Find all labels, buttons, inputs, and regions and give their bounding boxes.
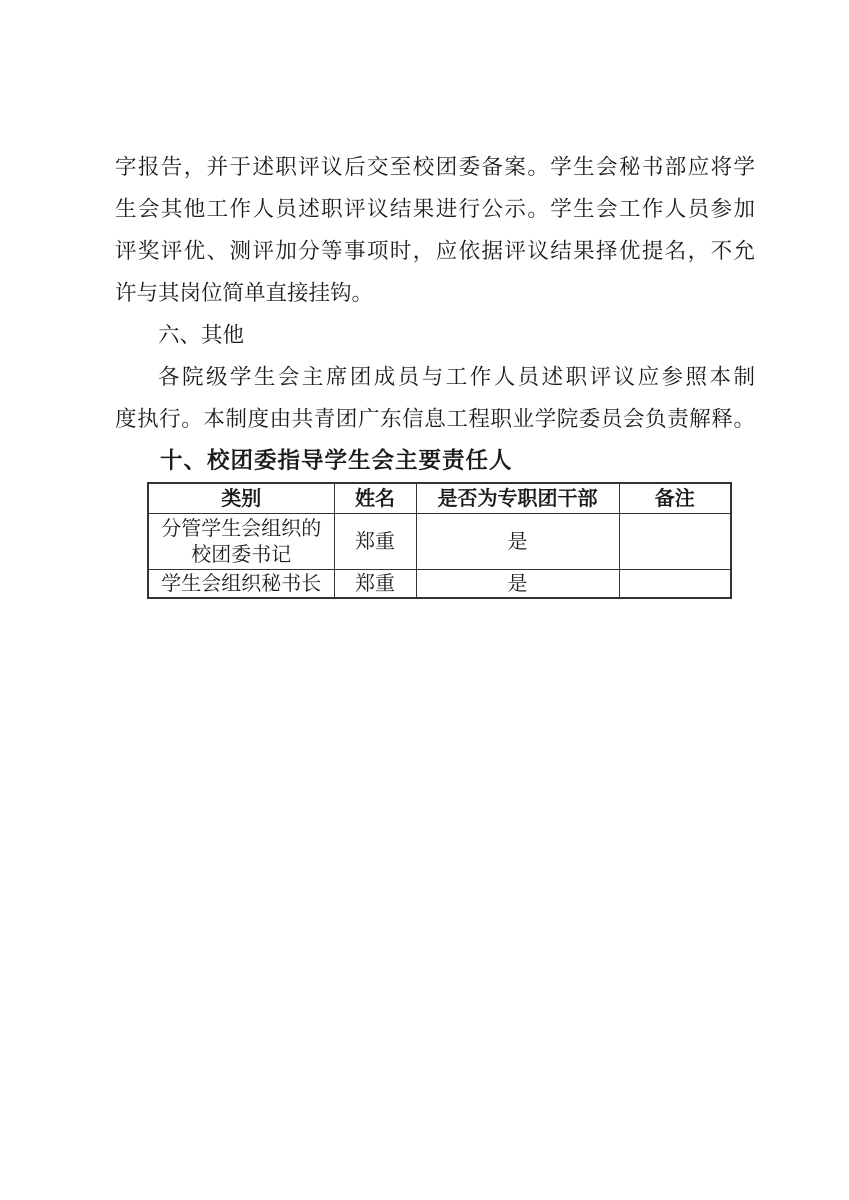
responsibility-table: 类别 姓名 是否为专职团干部 备注 分管学生会组织的校团委书记 郑重 是 学生会… — [147, 482, 732, 599]
cell-remark — [619, 570, 731, 599]
body-text-line: 字报告，并于述职评议后交至校团委备案。学生会秘书部应将学 — [115, 146, 755, 188]
cell-category: 学生会组织秘书长 — [148, 570, 334, 599]
table-row: 学生会组织秘书长 郑重 是 — [148, 570, 731, 599]
section-heading-six: 六、其他 — [115, 314, 755, 356]
cell-fulltime-cadre: 是 — [416, 514, 619, 570]
table-header-remark: 备注 — [619, 483, 731, 514]
table-header-fulltime-cadre: 是否为专职团干部 — [416, 483, 619, 514]
cell-name: 郑重 — [334, 514, 416, 570]
cell-remark — [619, 514, 731, 570]
body-text-line: 度执行。本制度由共青团广东信息工程职业学院委员会负责解释。 — [115, 398, 755, 440]
table-header-name: 姓名 — [334, 483, 416, 514]
body-text-line: 各院级学生会主席团成员与工作人员述职评议应参照本制 — [115, 356, 755, 398]
document-page: 字报告，并于述职评议后交至校团委备案。学生会秘书部应将学 生会其他工作人员述职评… — [0, 0, 849, 1200]
table-header-row: 类别 姓名 是否为专职团干部 备注 — [148, 483, 731, 514]
cell-name: 郑重 — [334, 570, 416, 599]
body-text-line: 评奖评优、测评加分等事项时，应依据评议结果择优提名，不允 — [115, 230, 755, 272]
table-header-category: 类别 — [148, 483, 334, 514]
body-text-line: 许与其岗位简单直接挂钩。 — [115, 272, 755, 314]
cell-fulltime-cadre: 是 — [416, 570, 619, 599]
cell-category: 分管学生会组织的校团委书记 — [148, 514, 334, 570]
section-heading-ten: 十、校团委指导学生会主要责任人 — [115, 440, 755, 482]
body-text-line: 生会其他工作人员述职评议结果进行公示。学生会工作人员参加 — [115, 188, 755, 230]
table-row: 分管学生会组织的校团委书记 郑重 是 — [148, 514, 731, 570]
document-content: 字报告，并于述职评议后交至校团委备案。学生会秘书部应将学 生会其他工作人员述职评… — [115, 146, 755, 599]
